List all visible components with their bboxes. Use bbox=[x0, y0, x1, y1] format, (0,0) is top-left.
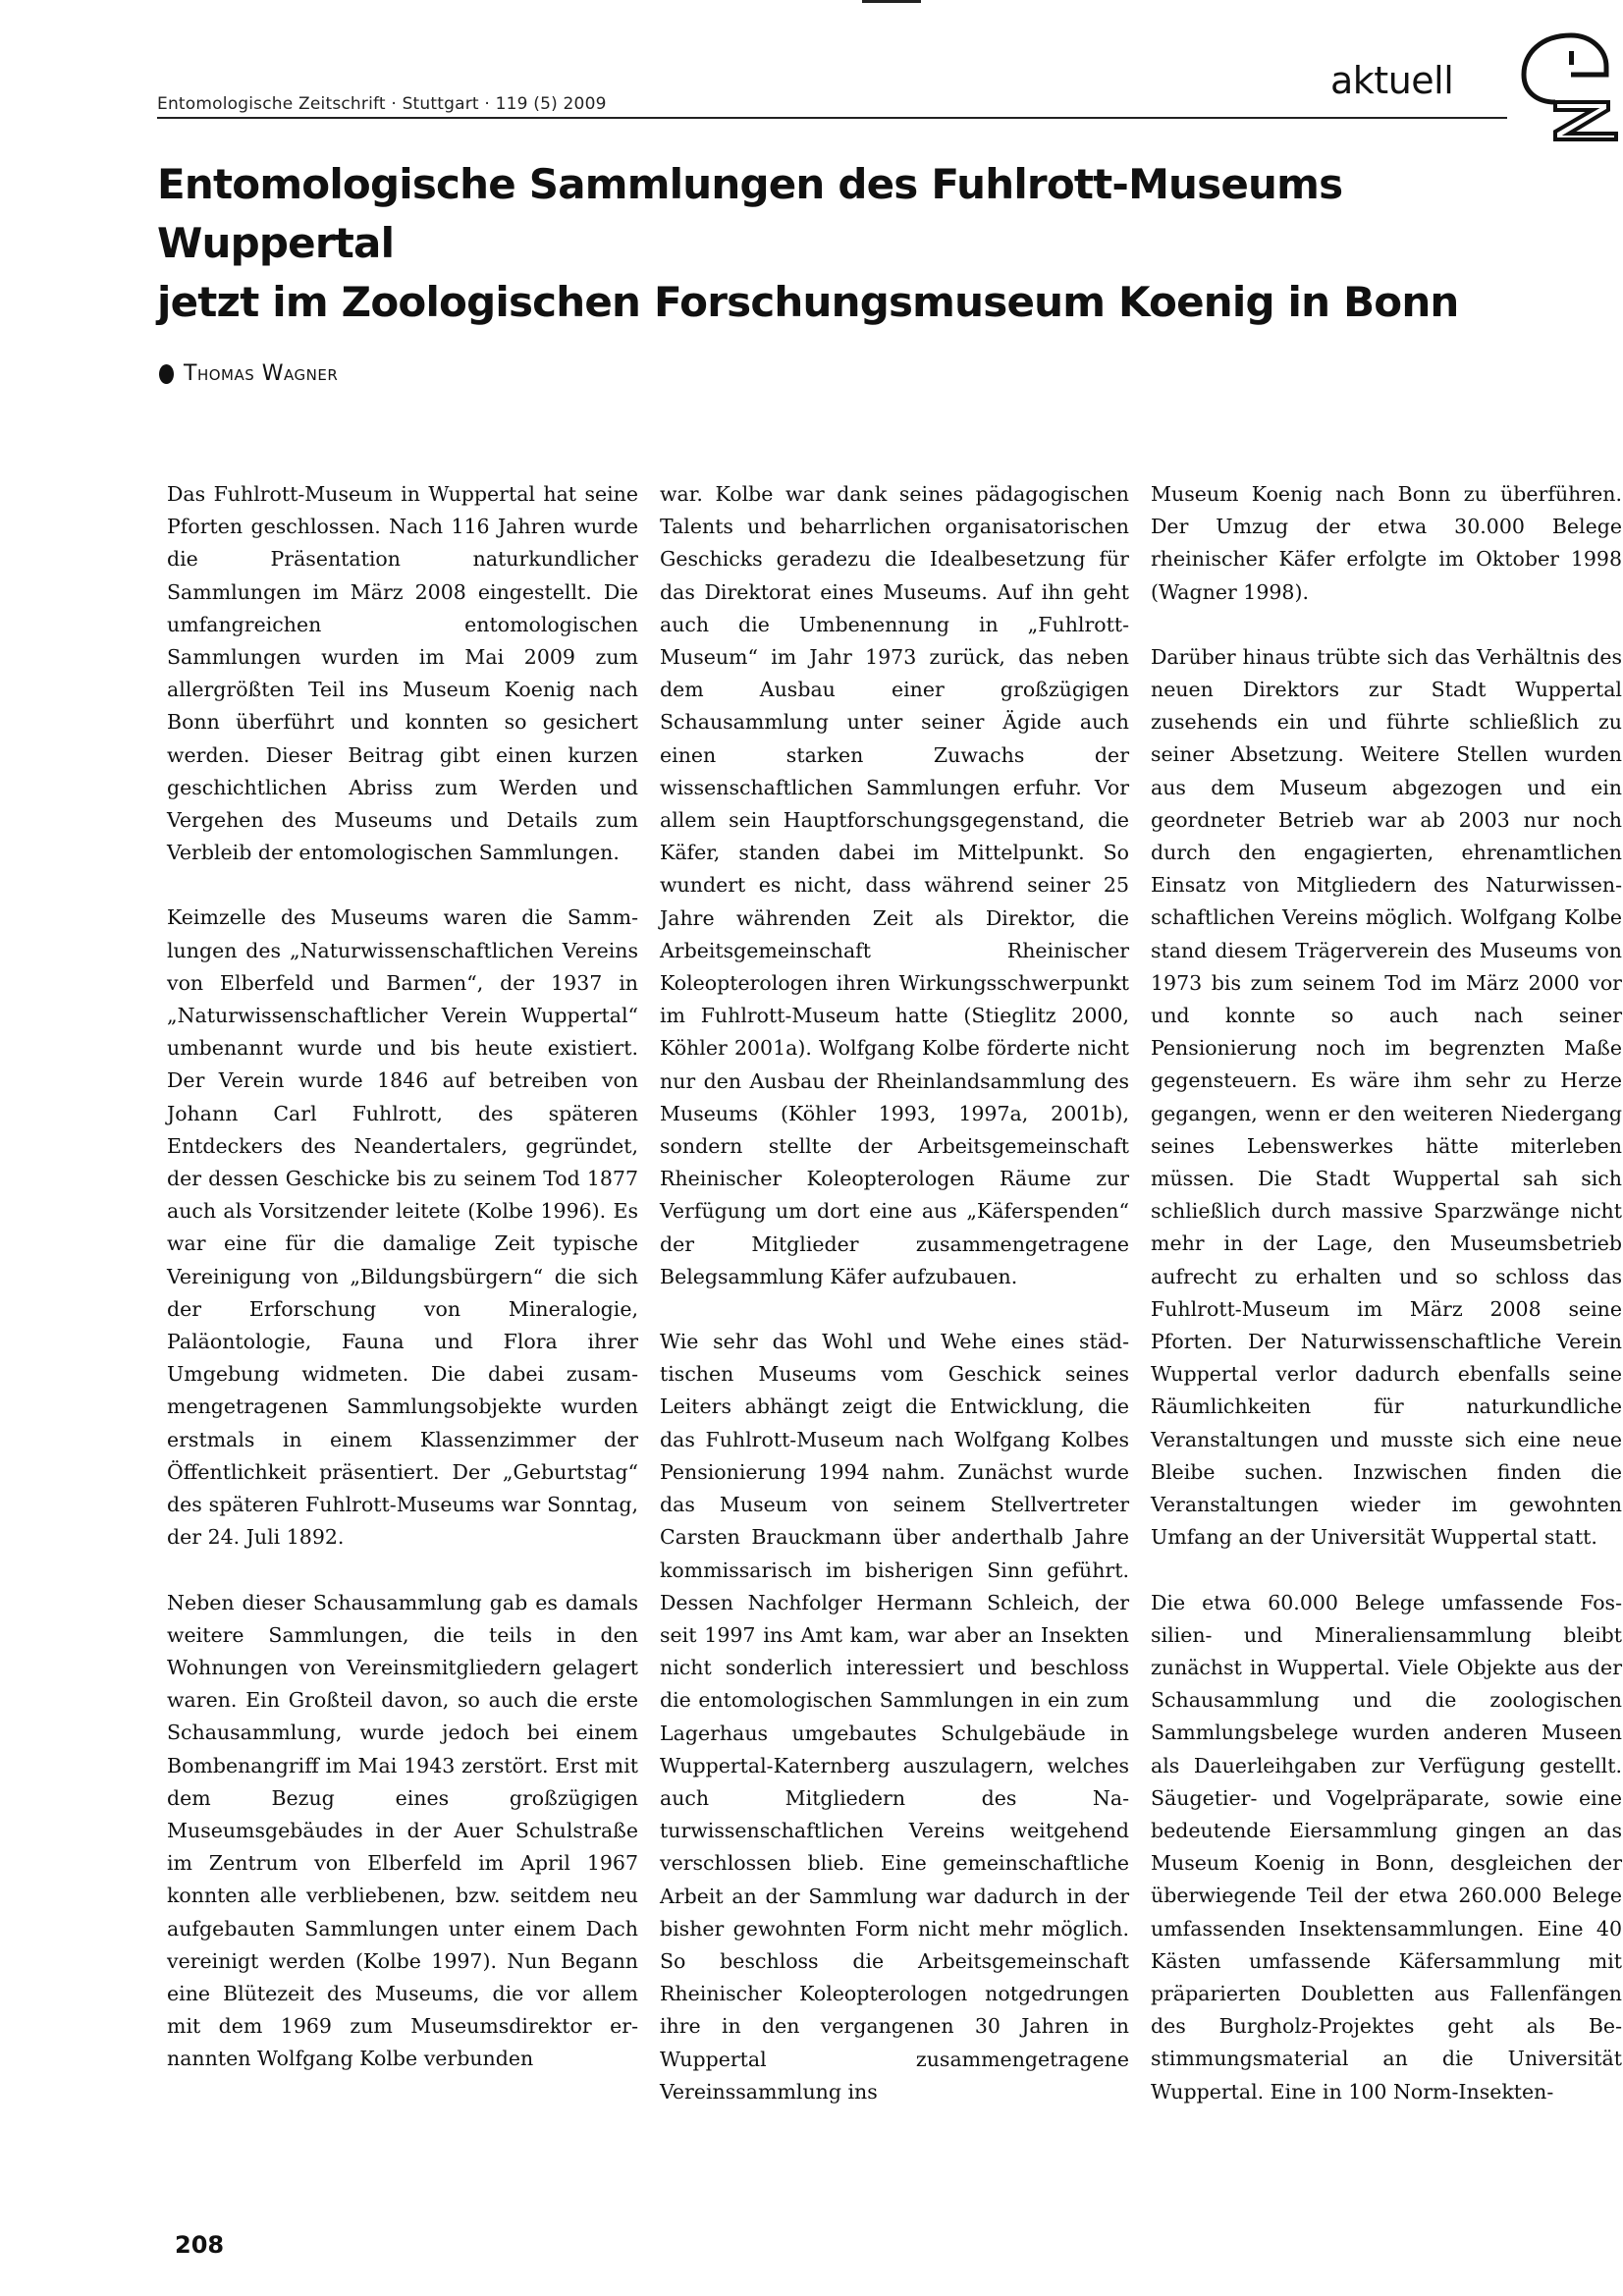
title-line-2: jetzt im Zoologischen Forschungsmuseum K… bbox=[157, 273, 1532, 332]
text-column-1: Das Fuhlrott-Museum in Wuppertal hat sei… bbox=[167, 478, 638, 2108]
paragraph: Keimzelle des Museums waren die Samm­lun… bbox=[167, 902, 638, 1554]
section-tag: aktuell bbox=[1330, 59, 1453, 102]
paragraph: Die etwa 60.000 Belege umfassende Fos­si… bbox=[1151, 1587, 1622, 2108]
text-column-2: war. Kolbe war dank seines pädagogi­sche… bbox=[660, 478, 1129, 2141]
author-name: Thomas Wagner bbox=[184, 361, 338, 386]
journal-page: Entomologische Zeitschrift · Stuttgart ·… bbox=[0, 0, 1623, 2296]
paragraph: Das Fuhlrott-Museum in Wuppertal hat sei… bbox=[167, 478, 638, 869]
text-column-3: Museum Koenig nach Bonn zu überfüh­ren. … bbox=[1151, 478, 1622, 2141]
title-line-1: Entomologische Sammlungen des Fuhlrott-M… bbox=[157, 155, 1532, 273]
bullet-icon bbox=[159, 364, 174, 384]
author-line: Thomas Wagner bbox=[159, 361, 338, 386]
page-number: 208 bbox=[175, 2231, 224, 2259]
paragraph: Museum Koenig nach Bonn zu überfüh­ren. … bbox=[1151, 478, 1622, 609]
paragraph: Neben dieser Schausammlung gab es da­mal… bbox=[167, 1587, 638, 2076]
scan-mark bbox=[862, 0, 921, 3]
article-title: Entomologische Sammlungen des Fuhlrott-M… bbox=[157, 155, 1532, 332]
paragraph: Darüber hinaus trübte sich das Verhältni… bbox=[1151, 641, 1622, 1555]
paragraph: Wie sehr das Wohl und Wehe eines städ­ti… bbox=[660, 1326, 1129, 2108]
paragraph: war. Kolbe war dank seines pädagogi­sche… bbox=[660, 478, 1129, 1293]
running-head: Entomologische Zeitschrift · Stuttgart ·… bbox=[157, 94, 607, 114]
ez-logo-icon bbox=[1512, 27, 1620, 141]
header-rule bbox=[157, 117, 1507, 119]
